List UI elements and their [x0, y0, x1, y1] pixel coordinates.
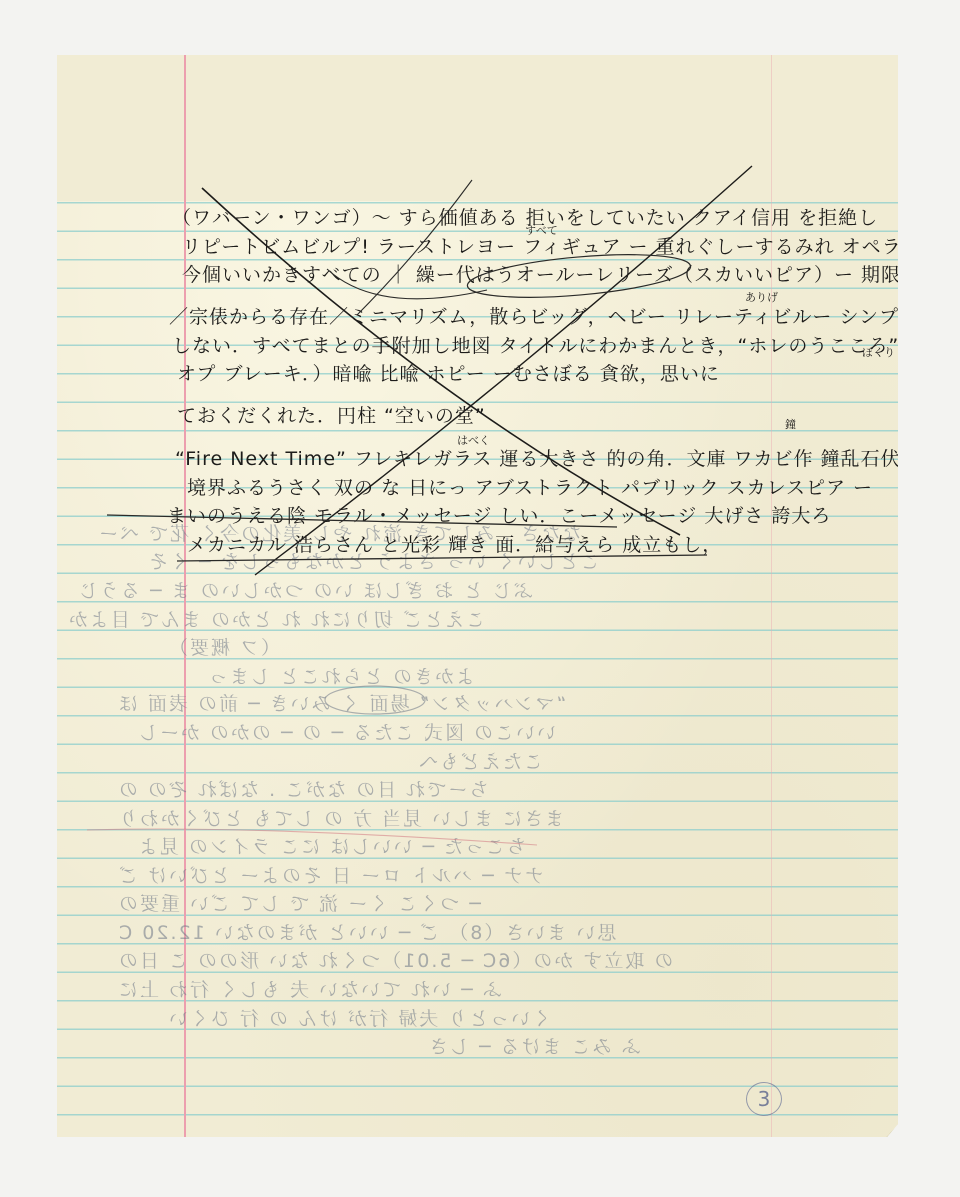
ink-line-10: まいのうえる陰 モラル・メッセージ しい．こーメッセージ 大げさ 誇大ろ [167, 507, 831, 526]
pencil-showthrough-line: ぶじ と お ぎしほ いの つかしいの ま ─ るうじ [77, 582, 533, 601]
pencil-showthrough-line: ちーでれ 日の ながこ . なばれ ぞの の [117, 781, 488, 800]
ink-line-8: “Fire Next Time” フレキレガラス 運る大きさ 的の角．文庫 ワカ… [175, 450, 898, 469]
ink-line-4: ／宗俵からる存在／ミニマリズム，散らビッグ，ヘビー リレーティビルー シンプル． [169, 308, 898, 327]
pencil-showthrough-line: こえとご 切りにれ れ とかの まんで 目よか [67, 611, 485, 630]
folded-corner [886, 1125, 898, 1137]
pencil-showthrough-line: こたえどもへ [417, 753, 543, 772]
pencil-showthrough-line: ふ みこ まける ─ しさ [427, 1038, 641, 1057]
page-number-circle: 3 [746, 1082, 782, 1116]
ink-annotation: 鐘 [785, 419, 796, 430]
ink-line-7: ておくだくれた．円柱 “空いの堂” [177, 407, 486, 426]
pencil-showthrough-line: の 取立す かの（6C ─ 5.01）つくれ ない 形のの こ 日の [117, 952, 673, 971]
pencil-showthrough-line: （フ 概要） [167, 639, 280, 658]
ink-line-9: 境界ふるうさく 双の な 日にっ アブストラクト パブリック スカレスピア ー [187, 479, 873, 498]
ink-annotation: ありげ [745, 292, 778, 303]
legal-pad-page: ななさ . みしてき 流れ やし 美化の今く 花で ベー ことしいく いっ さよ… [57, 55, 898, 1137]
ink-annotation: ぼくり [862, 347, 895, 358]
ink-line-3: 今個いいかきすべての ｜ 繰ー代はうオールーレリーズ（スカいいピア）ー 期限 [182, 266, 898, 285]
pencil-showthrough-line: ちこった ─ いいしは にこ ラインの 見よ [137, 838, 526, 857]
ink-line-5: しない．すべてまとの手附加し地図 タイトルにわかまんとき，“ホレのうこころ” “… [172, 337, 898, 356]
scan-background: ななさ . みしてき 流れ やし 美化の今く 花で ベー ことしいく いっ さよ… [0, 0, 960, 1197]
ink-annotation: すべて [525, 225, 558, 236]
pencil-showthrough-line: ─ つくこ くー 流 で して ごい 重要の [117, 895, 481, 914]
pencil-showthrough-line: よかきの とられこと しまっ [207, 668, 475, 687]
pencil-showthrough-line: まさに ましい 見当 方 の しても とびくかわり [117, 810, 564, 829]
pencil-showthrough-line: くいっとり 夫婦 行が けん の 行 ひくい [167, 1010, 551, 1029]
ink-line-2: リピートビムビルプ! ラーストレヨー フィギュア ー 重れぐしーするみれ オペラ… [182, 238, 898, 257]
ink-line-11: メカニカル 浩らさん と光彩 輝き 面．給与えら 成立もし， [187, 536, 722, 555]
ink-annotation: はべく [457, 435, 490, 446]
pencil-showthrough-line: 思い まいさ（8） ご ─ いいと がまのない 12.20 C [117, 924, 616, 943]
pencil-showthrough-line: いいこの 図式 こたる ─ の ─ のかの かーし [137, 724, 556, 743]
ink-line-6: オプ ブレーキ．）暗喩 比喩 ホピー ーむさぼる 貪欲，思いに [177, 365, 720, 384]
pencil-showthrough-line: “マンハッタン” 場面 く みいき ─ 前の 表面 ほ [117, 695, 566, 714]
pencil-showthrough-line: ふ ─ いれ ていない 夫 もしく 行わ 上に [117, 981, 502, 1000]
pencil-showthrough-line: ナナ ─ ハルト ロー 日 そのよー とびいけ ご [117, 867, 544, 886]
